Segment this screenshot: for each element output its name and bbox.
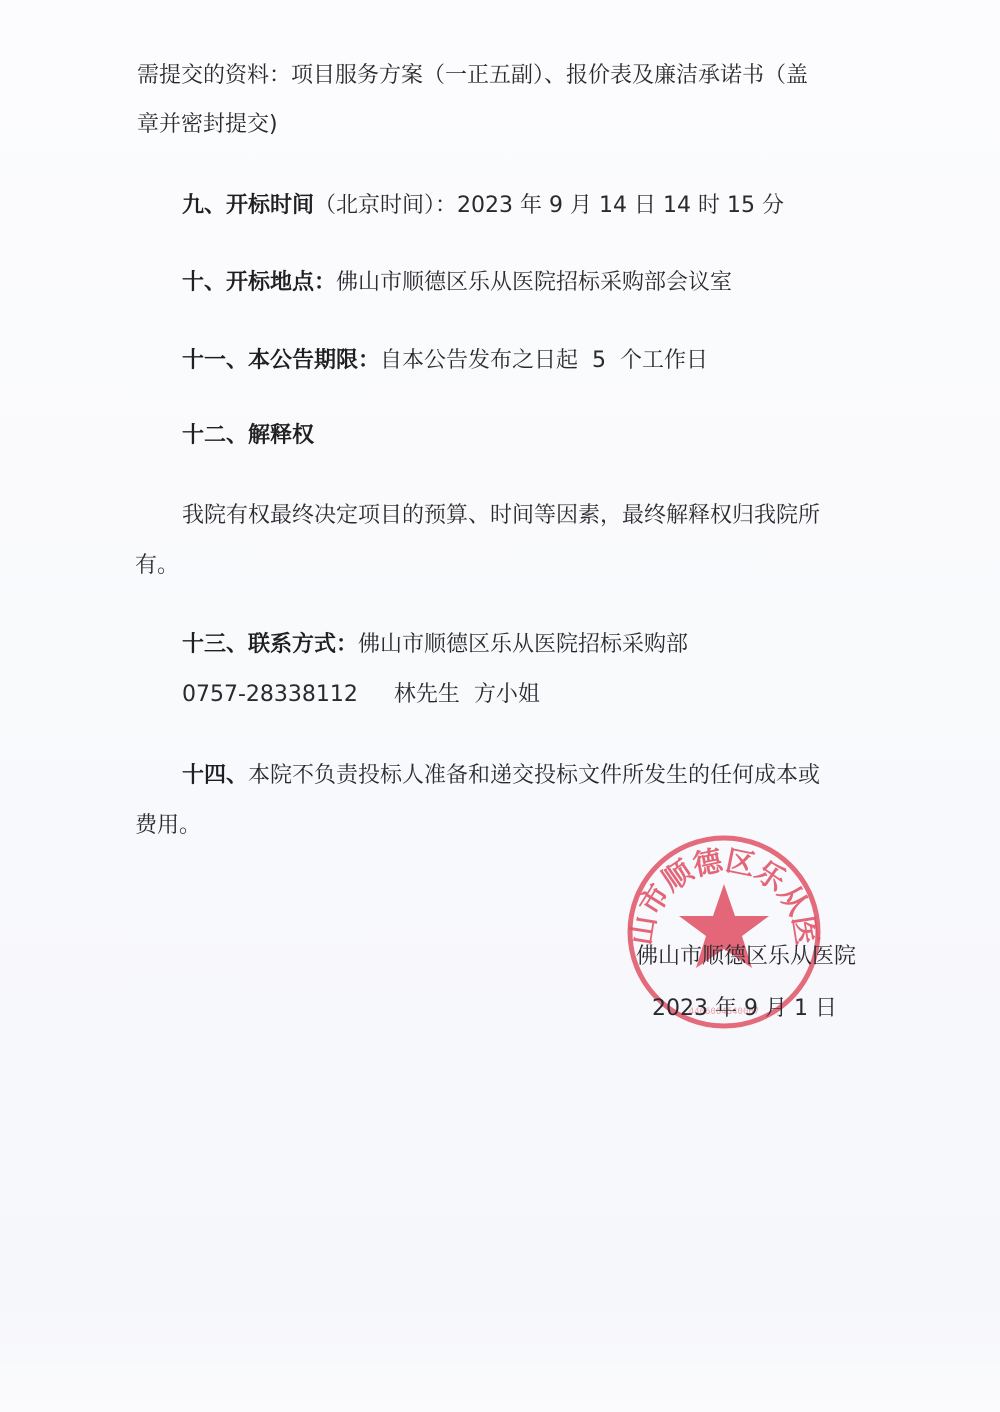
signature-date: 2023 年 9 月 1 日: [652, 994, 837, 1024]
section-14-body-line-2: 费用。: [135, 811, 201, 841]
section-12-body: 我院有权最终决定项目的预算、时间等因素，最终解释权归我院所: [182, 503, 820, 528]
section-11-value: 自本公告发布之日起 5 个工作日: [380, 348, 708, 373]
section-9-opening-time: 九、开标时间（北京时间）：2023 年 9 月 14 日 14 时 15 分: [182, 191, 784, 221]
signature-org-text: 佛山市顺德区乐从医院: [636, 944, 856, 969]
section-13-phone-line: 0757-28338112林先生 方小姐: [182, 680, 540, 710]
section-13-heading: 十三、联系方式：: [182, 632, 358, 657]
section-11-heading: 十一、本公告期限：: [182, 348, 380, 373]
section-13-contact: 十三、联系方式：佛山市顺德区乐从医院招标采购部: [182, 630, 688, 660]
materials-line-1: 需提交的资料：项目服务方案（一正五副）、报价表及廉洁承诺书（盖: [137, 61, 808, 91]
section-13-value: 佛山市顺德区乐从医院招标采购部: [358, 632, 688, 657]
materials-line-2: 章并密封提交): [137, 110, 278, 140]
section-10-opening-location: 十、开标地点：佛山市顺德区乐从医院招标采购部会议室: [182, 268, 732, 298]
section-10-value: 佛山市顺德区乐从医院招标采购部会议室: [336, 270, 732, 295]
contact-phone: 0757-28338112: [182, 682, 358, 707]
materials-text-cont: 章并密封提交): [137, 112, 278, 137]
section-12-interpretation: 十二、解释权: [182, 421, 314, 451]
materials-text: 需提交的资料：项目服务方案（一正五副）、报价表及廉洁承诺书（盖: [137, 63, 808, 88]
signature-organization: 佛山市顺德区乐从医院: [636, 942, 856, 972]
section-14-body: 本院不负责投标人准备和递交投标文件所发生的任何成本或: [248, 763, 820, 788]
section-9-heading: 九、开标时间: [182, 193, 314, 218]
contact-persons: 林先生 方小姐: [394, 682, 540, 707]
section-12-heading: 十二、解释权: [182, 423, 314, 448]
section-12-body-cont: 有。: [135, 553, 179, 578]
signature-date-text: 2023 年 9 月 1 日: [652, 996, 837, 1021]
section-12-body-line-1: 我院有权最终决定项目的预算、时间等因素，最终解释权归我院所: [182, 501, 820, 531]
section-14-cost: 十四、本院不负责投标人准备和递交投标文件所发生的任何成本或: [182, 761, 820, 791]
section-9-value: 2023 年 9 月 14 日 14 时 15 分: [457, 193, 784, 218]
document-page: 需提交的资料：项目服务方案（一正五副）、报价表及廉洁承诺书（盖 章并密封提交) …: [0, 0, 1000, 1412]
section-14-heading: 十四、: [182, 763, 248, 788]
section-14-body-cont: 费用。: [135, 813, 201, 838]
section-12-body-line-2: 有。: [135, 551, 179, 581]
section-11-notice-period: 十一、本公告期限：自本公告发布之日起 5 个工作日: [182, 346, 708, 376]
section-9-note: （北京时间）：: [314, 193, 457, 218]
section-10-heading: 十、开标地点：: [182, 270, 336, 295]
